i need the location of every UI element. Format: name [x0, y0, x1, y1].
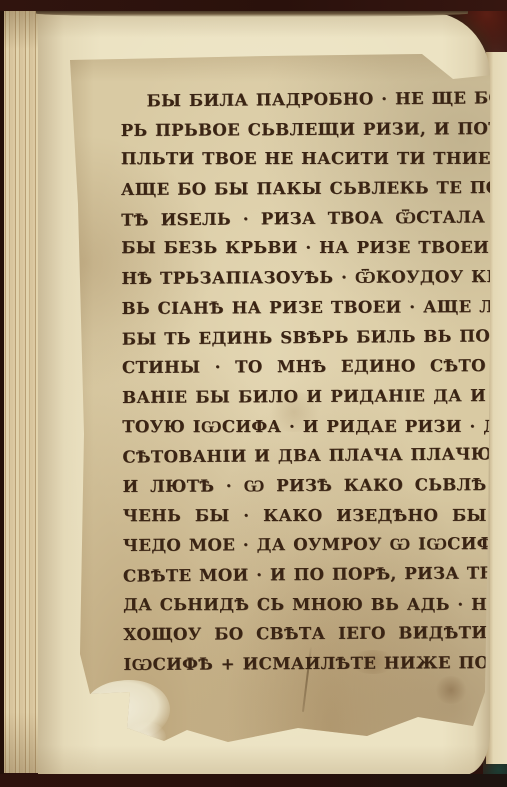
stain-spot	[434, 676, 468, 704]
binding-left-edge	[0, 0, 4, 787]
manuscript-text: БЫ БИЛА ПАДРОБНО · НЕ ЩЕ БО ЅВѢ РЬ ПРЬВО…	[120, 84, 487, 680]
book-photo: БЫ БИЛА ПАДРОБНО · НЕ ЩЕ БО ЅВѢ РЬ ПРЬВО…	[0, 0, 507, 787]
manuscript-line: ВЬ СІАНѢ НА РИЗЕ ТВОЕИ · АЩЕ ЛИ	[122, 292, 486, 324]
manuscript-line: РЬ ПРЬВОЕ СЬВЛЕЩИ РИЗИ, И ПОТИ	[121, 114, 485, 146]
manuscript-line: СѢТОВАНІИ И ДВА ПЛАЧА ПЛАЧЮ	[122, 440, 486, 473]
manuscript-line: БЫ БЕЗЬ КРЬВИ · НА РИЗЕ ТВОЕИ	[121, 233, 485, 263]
manuscript-line: БЫ ТЬ ЕДИНЬ ЅВѢРЬ БИЛЬ ВЬ ПО	[122, 321, 486, 354]
manuscript-line: ТОУЮ ІѠСИФА · И РИДАЕ РИЗИ · ДВѢ	[122, 411, 486, 441]
frame-band-top	[0, 0, 507, 11]
manuscript-line: СТИНЫ · ТО МНѢ ЕДИНО СѢТО	[122, 351, 486, 383]
manuscript-line: ПЛЬТИ ТВОЕ НЕ НАСИТИ ТИ ТНИЕ .	[121, 144, 485, 174]
frame-band-bottom	[0, 774, 507, 787]
torn-paper-patch-small	[126, 722, 166, 752]
manuscript-line: И ЛЮТѢ · Ѡ РИЗѢ КАКО СЬВЛѢ	[122, 470, 486, 502]
manuscript-line: ВАНІЕ БЫ БИЛО И РИДАНІЕ ДА И	[122, 381, 486, 413]
manuscript-line: ДА СЬНИДѢ СЬ МНОЮ ВЬ АДЬ · НЕ	[123, 590, 487, 620]
manuscript-line: НѢ ТРЬЗАПІАЗОУѢЬ · ѾКОУДОУ КРЬ	[121, 262, 485, 294]
manuscript-line: ЧЕНЬ БЫ · КАКО ИЗЕДѢНО БЫ	[123, 500, 487, 530]
manuscript-line: ХОЩОУ БО СВѢТА ІЕГО ВИДѢТИ	[123, 618, 487, 650]
page-top-edge-shadow	[36, 10, 468, 17]
manuscript-leaf: БЫ БИЛА ПАДРОБНО · НЕ ЩЕ БО ЅВѢ РЬ ПРЬВО…	[68, 54, 490, 748]
stacked-page-edges	[3, 11, 40, 773]
manuscript-line: ІѠСИФѢ + ИСМАИЛѢТЕ НИЖЕ ПОЕ	[123, 648, 487, 680]
manuscript-line: БЫ БИЛА ПАДРОБНО · НЕ ЩЕ БО ЅВѢ	[120, 83, 484, 116]
manuscript-line: ТѢ ИЅЕЛЬ · РИЗА ТВОА ѾСТАЛА	[121, 202, 485, 235]
manuscript-line: СВѢТЕ МОИ · И ПО ПОРѢ, РИЗА ТВОА	[123, 558, 487, 591]
book-page: БЫ БИЛА ПАДРОБНО · НЕ ЩЕ БО ЅВѢ РЬ ПРЬВО…	[38, 12, 490, 775]
manuscript-line: АЩЕ БО БЫ ПАКЫ СЬВЛЕКЬ ТЕ ПО	[121, 173, 485, 205]
manuscript-line: ЧЕДО МОЕ · ДА ОУМРОУ Ѡ ІѠСИФЕ	[123, 529, 487, 561]
